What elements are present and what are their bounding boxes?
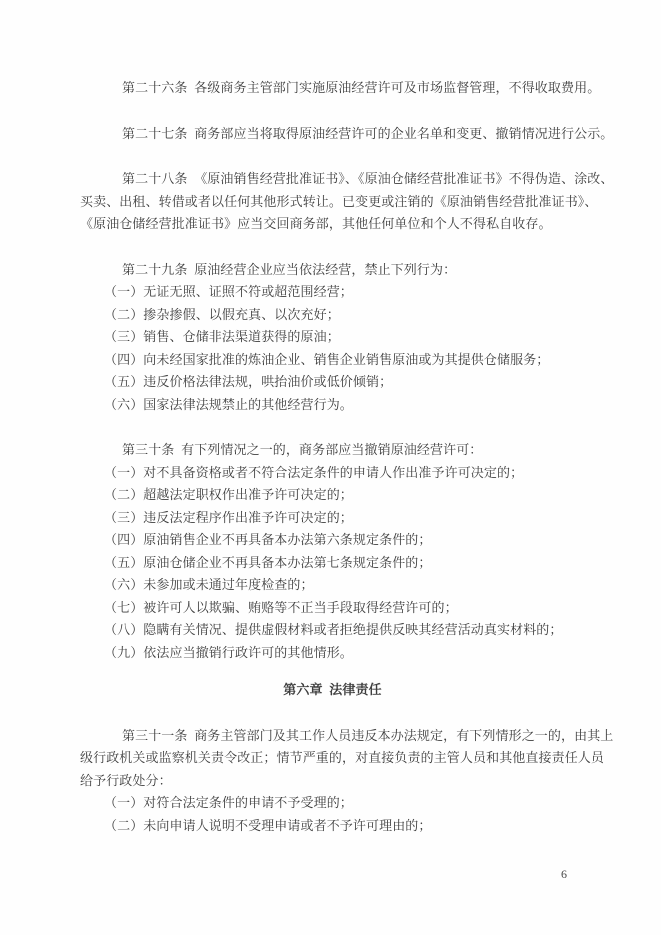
text-line: 第二十七条 商务部应当将取得原油经营许可的企业名单和变更、撤销情况进行公示。 xyxy=(80,123,585,146)
item-list: （一）对不具备资格或者不符合法定条件的申请人作出准予许可决定的；（二）超越法定职… xyxy=(80,462,585,665)
list-item-line: （一）对符合法定条件的申请不予受理的； xyxy=(80,792,585,815)
text-line: 买卖、出租、转借或者以任何其他形式转让。已变更或注销的《原油销售经营批准证书》、 xyxy=(80,191,585,214)
text-line: 级行政机关或监察机关责令改正；情节严重的，对直接负责的主管人员和其他直接责任人员 xyxy=(80,747,585,770)
list-item-line: （二）超越法定职权作出准予许可决定的； xyxy=(80,484,585,507)
text-line: 《原油仓储经营批准证书》应当交回商务部，其他任何单位和个人不得私自收存。 xyxy=(80,213,585,236)
list-item-line: （一）对不具备资格或者不符合法定条件的申请人作出准予许可决定的； xyxy=(80,462,585,485)
list-item-line: （二）掺杂掺假、以假充真、以次充好； xyxy=(80,304,585,327)
article-paragraph: 第三十条 有下列情况之一的，商务部应当撤销原油经营许可： xyxy=(80,439,585,462)
item-list: （一）无证无照、证照不符或超范围经营；（二）掺杂掺假、以假充真、以次充好；（三）… xyxy=(80,281,585,416)
item-list: （一）对符合法定条件的申请不予受理的；（二）未向申请人说明不受理申请或者不予许可… xyxy=(80,792,585,837)
list-item-line: （九）依法应当撤销行政许可的其他情形。 xyxy=(80,642,585,665)
list-item-line: （八）隐瞒有关情况、提供虚假材料或者拒绝提供反映其经营活动真实材料的； xyxy=(80,619,585,642)
list-item-line: （二）未向申请人说明不受理申请或者不予许可理由的； xyxy=(80,815,585,838)
list-item-line: （三）违反法定程序作出准予许可决定的； xyxy=(80,507,585,530)
list-item-line: （六）国家法律法规禁止的其他经营行为。 xyxy=(80,394,585,417)
list-item-line: （四）原油销售企业不再具备本办法第六条规定条件的； xyxy=(80,529,585,552)
text-line: 第二十八条 《原油销售经营批准证书》、《原油仓储经营批准证书》不得伪造、涂改、 xyxy=(80,168,585,191)
article-paragraph: 第二十九条 原油经营企业应当依法经营，禁止下列行为： xyxy=(80,259,585,282)
document-body: 第二十六条 各级商务主管部门实施原油经营许可及市场监督管理，不得收取费用。第二十… xyxy=(80,77,585,837)
text-line: 第三十一条 商务主管部门及其工作人员违反本办法规定，有下列情形之一的，由其上 xyxy=(80,725,585,748)
list-item-line: （七）被许可人以欺骗、贿赂等不正当手段取得经营许可的； xyxy=(80,597,585,620)
list-item-line: （五）违反价格法律法规，哄抬油价或低价倾销； xyxy=(80,371,585,394)
list-item-line: （四）向未经国家批准的炼油企业、销售企业销售原油或为其提供仓储服务； xyxy=(80,349,585,372)
list-item-line: （三）销售、仓储非法渠道获得的原油； xyxy=(80,326,585,349)
list-item-line: （六）未参加或未通过年度检查的； xyxy=(80,574,585,597)
text-line: 第三十条 有下列情况之一的，商务部应当撤销原油经营许可： xyxy=(80,439,585,462)
list-item-line: （五）原油仓储企业不再具备本办法第七条规定条件的； xyxy=(80,552,585,575)
text-line: 第二十六条 各级商务主管部门实施原油经营许可及市场监督管理，不得收取费用。 xyxy=(80,77,585,100)
article-paragraph: 第二十七条 商务部应当将取得原油经营许可的企业名单和变更、撤销情况进行公示。 xyxy=(80,123,585,146)
chapter-title: 第六章 法律责任 xyxy=(80,679,585,702)
article-paragraph: 第三十一条 商务主管部门及其工作人员违反本办法规定，有下列情形之一的，由其上级行… xyxy=(80,725,585,793)
document-page: 第二十六条 各级商务主管部门实施原油经营许可及市场监督管理，不得收取费用。第二十… xyxy=(0,0,661,935)
article-paragraph: 第二十八条 《原油销售经营批准证书》、《原油仓储经营批准证书》不得伪造、涂改、买… xyxy=(80,168,585,236)
text-line: 给予行政处分： xyxy=(80,770,585,793)
list-item-line: （一）无证无照、证照不符或超范围经营； xyxy=(80,281,585,304)
article-paragraph: 第二十六条 各级商务主管部门实施原油经营许可及市场监督管理，不得收取费用。 xyxy=(80,77,585,100)
chapter-heading: 第六章 法律责任 xyxy=(80,679,585,702)
page-number: 6 xyxy=(0,866,567,882)
text-line: 第二十九条 原油经营企业应当依法经营，禁止下列行为： xyxy=(80,259,585,282)
